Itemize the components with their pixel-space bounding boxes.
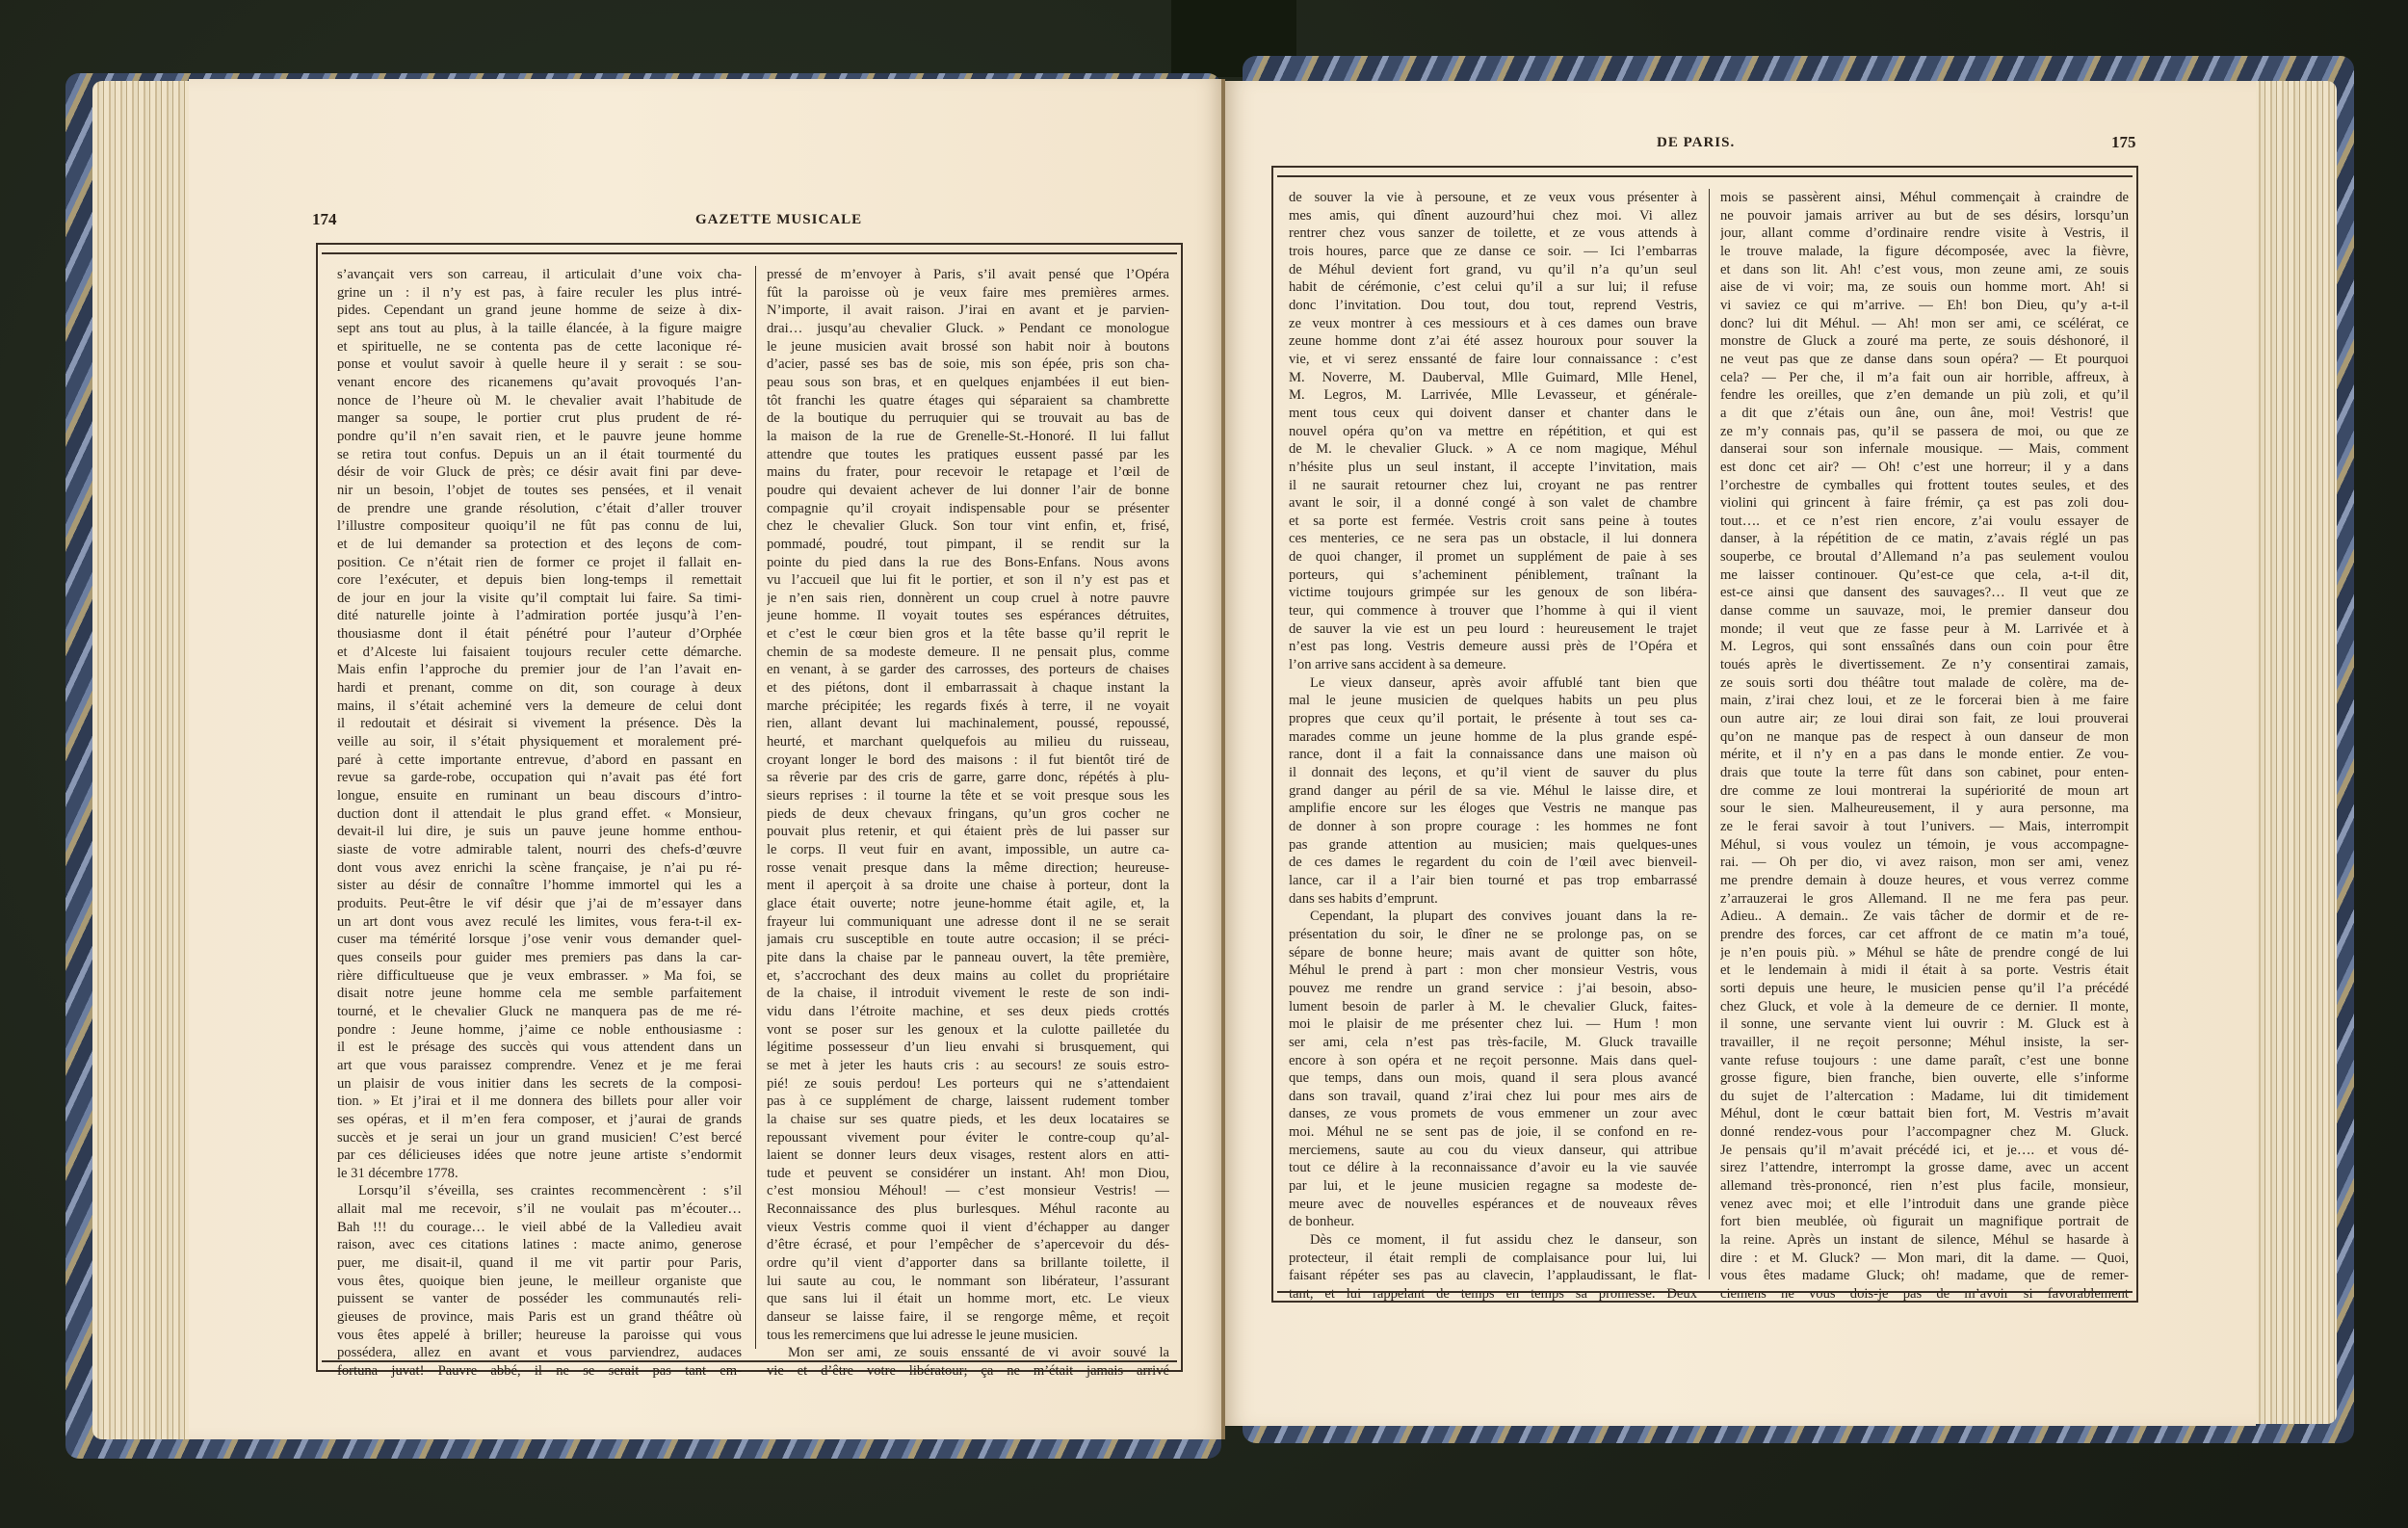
text-line: tous les remercimens que lui adresse le … [767,1327,1169,1345]
text-line: mes amis, qui dînent auzourd’hui chez mo… [1289,207,1697,225]
text-line: de ces dames le regardent du coin de l’œ… [1289,854,1697,872]
text-line: aise de vi voir; ma, ze souis oun homme … [1720,278,2129,297]
text-line: rance, dont il a fait la connaissance da… [1289,746,1697,764]
text-line: il sonne, une servante vient lui ouvrir … [1720,1015,2129,1034]
text-line: chez le chevalier Gluck. Son tour vint e… [767,517,1169,536]
text-line: porteurs, qui s’acheminent péniblement, … [1289,566,1697,585]
text-line: sa rêverie par des cris de garre, garre … [767,769,1169,787]
text-line: grosse figure, bien franche, bien ouvert… [1720,1069,2129,1088]
text-line: présentation du soir, le dîner ne se pro… [1289,926,1697,944]
text-line: danses, ze vous promets de vous emmener … [1289,1105,1697,1123]
page-number: 174 [312,210,337,229]
text-line: M. Legros, qui sont enssaînés dans oun c… [1720,638,2129,656]
text-line: monstre de Gluck a zouré ma perte, ze so… [1720,332,2129,351]
text-line: Mon ser ami, ze souis enssanté de vi avo… [767,1344,1169,1362]
text-line: vie et d’être votre libératour; ça ne m’… [767,1362,1169,1381]
text-line: mérite, et il n’y en a pas dans le monde… [1720,746,2129,764]
text-line: grine un : il n’y est pas, à faire recul… [337,284,742,303]
page-edges-right [2254,81,2337,1424]
text-line: se met à jeter les hauts cris : au secou… [767,1057,1169,1075]
text-line: rentrer chez vous sanzer de toilette, et… [1289,224,1697,243]
text-line: pommadé, poudré, tout pimpant, il se ren… [767,536,1169,554]
text-line: siaste de votre admirable talent, nourri… [337,841,742,859]
text-line: qu’on ne manque pas de respect à oun dan… [1720,728,2129,747]
text-line: Bah !!! du courage… le vieil abbé de la … [337,1219,742,1237]
text-line: que sans lui il était un homme mort, etc… [767,1290,1169,1308]
text-line: le corps. Il veut fuir en avant, impossi… [767,841,1169,859]
text-line: le jeune musicien avait brossé son habit… [767,338,1169,356]
text-line: trois houres, parce que ze danse ce soir… [1289,243,1697,261]
text-line: z’arrauzerai le gros Allemand. Il ne me … [1720,890,2129,909]
text-line: teur, qui commence à trouver que l’homme… [1289,602,1697,620]
text-frame: s’avançait vers son carreau, il articula… [316,243,1183,1372]
text-line: et de lui demander sa protection et des … [337,536,742,554]
text-line: lui saute au cou, le nommant son libérat… [767,1273,1169,1291]
text-line: meure avec de nouvelles espérances et de… [1289,1196,1697,1214]
text-line: ment il aperçoit à sa droite une chaise … [767,877,1169,895]
text-line: gieuses de province, mais Paris est un g… [337,1308,742,1327]
text-line: nouvel opéra qu’on va mettre en répétiti… [1289,423,1697,441]
text-line: jamais cru susceptible en toute autre oc… [767,931,1169,949]
text-line: de jour en jour la visite qu’il comptait… [337,590,742,608]
text-line: Adieu.. A demain.. Ze vais tâcher de dor… [1720,908,2129,926]
text-line: produits. Peut-être le vif désir que j’a… [337,895,742,913]
text-line: un plaisir de vous initier dans les secr… [337,1075,742,1093]
text-line: mal le jeune musicien de quelques habits… [1289,692,1697,710]
text-line: a dit que z’étais oun âne, oun âne, moi!… [1720,405,2129,423]
text-line: pié! ze souis perdou! Les porteurs qui n… [767,1075,1169,1093]
text-line: est donc cet air? — Oh! c’est une horreu… [1720,459,2129,477]
text-line: la chaise sur ses quatre pieds, et les d… [767,1111,1169,1129]
text-line: jour, allant comme d’ordinaire rendre vi… [1720,224,2129,243]
text-line: veille au soir, il s’était physiquement … [337,733,742,751]
text-line: pieds de deux chevaux fringans, qu’un gr… [767,805,1169,824]
text-line: donc l’invitation. Dou tout, dou tout, r… [1289,297,1697,315]
text-line: danseur se laisse faire, il se rengorge … [767,1308,1169,1327]
text-line: je n’en sais rien, donnèrent un coup cru… [767,590,1169,608]
text-line: M. Noverre, M. Dauberval, Mlle Guimard, … [1289,369,1697,387]
text-line: de la chaise, il introduit vivement le r… [767,985,1169,1003]
text-line: rière difficultueuse que je veux embrass… [337,967,742,986]
text-line: n’hésite plus un seul instant, il accept… [1289,459,1697,477]
column-rule [755,266,756,1349]
text-line: mains du frater, pour recevoir le retapa… [767,463,1169,482]
text-line: mois se passèrent ainsi, Méhul commençai… [1720,189,2129,207]
text-line: puer, me disait-il, quand il me vit part… [337,1254,742,1273]
text-line: Méhul le prend à part : mon cher monsieu… [1289,962,1697,980]
text-line: glace était ouverte; notre jeune-homme é… [767,895,1169,913]
text-line: marades comme un jeune homme de la plus … [1289,728,1697,747]
text-line: monde; il veut que ze fasse peur à M. La… [1720,620,2129,639]
text-line: marche précipitée; les regards fixés à t… [767,698,1169,716]
text-line: de souver la vie à persoune, et ze veux … [1289,189,1697,207]
text-line: sirez l’attendre, interrompt la grosse d… [1720,1159,2129,1177]
text-line: mains, il s’était acheminé vers la demeu… [337,698,742,716]
text-line: ze m’y connais pas, qu’il se passera de … [1720,423,2129,441]
text-line: venez avec moi; et elle l’introduit dans… [1720,1196,2129,1214]
text-line: Cependant, la plupart des convives jouan… [1289,908,1697,926]
right-page: DE PARIS. 175 de souver la vie à persoun… [1225,81,2256,1426]
text-line: croyant longer le bord des maisons : il … [767,751,1169,770]
text-line: n’est pas long. Vestris demeure aussi pr… [1289,638,1697,656]
text-line: revue sa garde-robe, occupation qui n’av… [337,769,742,787]
text-line: rai. — Oh per dio, vi avez raison, mon s… [1720,854,2129,872]
text-column-1: s’avançait vers son carreau, il articula… [337,266,742,1381]
text-line: le 31 décembre 1778. [337,1165,742,1183]
text-line: tant, et lui rappelant de temps en temps… [1289,1285,1697,1304]
text-line: vie, et vi serez enssanté de faire lour … [1289,351,1697,369]
text-line: ses opéras, et il m’en fera composer, et… [337,1111,742,1129]
text-line: encore à son opéra et ne reçoit personne… [1289,1052,1697,1070]
text-line: nonce de l’heure où M. le chevalier avai… [337,392,742,410]
text-line: pointe du pied dans la rue des Bons-Enfa… [767,554,1169,572]
text-line: dre comme ze loui montrerai la supériori… [1720,782,2129,801]
text-line: ques conseils pour guider mes premiers p… [337,949,742,967]
text-line: vont se poser sur les genoux et la culot… [767,1021,1169,1040]
text-line: dire : et M. Gluck? — Mon mari, dit la d… [1720,1250,2129,1268]
text-line: d’acier, passé ses bas de soie, mis son … [767,356,1169,374]
text-line: disait notre jeune homme cela me semble … [337,985,742,1003]
text-line: ne veut pas que ze danse dans soun opéra… [1720,351,2129,369]
text-line: zeune homme dont z’ai été assez houroux … [1289,332,1697,351]
text-line: sorti depuis une heure, le musicien pens… [1720,980,2129,998]
text-line: oun autre air; ze loui dirai son fait, z… [1720,710,2129,728]
text-line: dans ses habits d’emprunt. [1289,890,1697,909]
text-line: me prendre demain à douze heures, et vou… [1720,872,2129,890]
text-line: et des piétons, dont il embarrassait à c… [767,679,1169,698]
text-line: Le vieux danseur, après avoir affublé ta… [1289,674,1697,693]
text-line: repoussant vivement pour éviter le contr… [767,1129,1169,1147]
text-line: la reine. Après un instant de silence, M… [1720,1231,2129,1250]
text-line: vante refuse toujours : une dame paraît,… [1720,1052,2129,1070]
text-line: duction dont il attendait le plus grand … [337,805,742,824]
text-line: d’être écrasé, et pour l’empêcher de s’a… [767,1236,1169,1254]
text-line: tion. » Et j’irai et il me donnera des b… [337,1093,742,1111]
text-column-3: de souver la vie à persoune, et ze veux … [1289,189,1697,1304]
text-line: lument besoin de parler à M. le chevalie… [1289,998,1697,1016]
text-line: puissent se vanter de posséder les commu… [337,1290,742,1308]
text-line: vous êtes appelé à briller; heureuse la … [337,1327,742,1345]
text-line: il donnait des leçons, et qu’il vient de… [1289,764,1697,782]
text-line: fort bien meublée, où figurait un magnif… [1720,1213,2129,1231]
text-line: vieux Vestris comme quoi il vient d’écha… [767,1219,1169,1237]
text-line: s’avançait vers son carreau, il articula… [337,266,742,284]
text-line: de prendre une grande résolution, c’étai… [337,500,742,518]
text-line: ze souis sorti dou théâtre tout malade d… [1720,674,2129,693]
text-line: désir de voir Gluck de près; ce désir av… [337,463,742,482]
text-line: N’importe, il avait raison. J’irai en av… [767,302,1169,320]
text-line: et le lendemain à midi il était à sa por… [1720,962,2129,980]
text-line: rosse venait presque dans la même direct… [767,859,1169,878]
text-line: un art dont vous avez reculé les limites… [337,913,742,932]
text-line: souperbe, ce broutal d’Allemand n’a pas … [1720,548,2129,566]
text-line: succès et je serai un jour un grand musi… [337,1129,742,1147]
text-line: sister au désir de connaître l’homme imm… [337,877,742,895]
text-line: frayeur lui communiquant une adresse don… [767,913,1169,932]
text-line: manger sa soupe, le portier crut plus pr… [337,409,742,428]
text-line: il est le présage des succès qui vous at… [337,1039,742,1057]
text-line: vous êtes, quoique bien jeune, le meille… [337,1273,742,1291]
text-line: tout ce délire à la reconnaissance d’avo… [1289,1159,1697,1177]
text-line: et d’Alceste lui faisaient toujours recu… [337,644,742,662]
text-line: et spirituelle, ne se contenta pas de ce… [337,338,742,356]
text-line: et c’est le cœur bien gros et la tête ba… [767,625,1169,644]
text-line: moi le plaisir de me présenter chez lui.… [1289,1015,1697,1034]
text-line: pouvez me rendre un grand service : j’ai… [1289,980,1697,998]
text-line: heurté, et marchant quelquefois au milie… [767,733,1169,751]
text-line: amplifie encore sur les éloges que Vestr… [1289,800,1697,818]
text-line: compagnie qu’il croyait indispensable po… [767,500,1169,518]
text-line: la maison de la rue de Grenelle-St.-Hono… [767,428,1169,446]
text-line: position. Ce n’était rien de former ce p… [337,554,742,572]
text-line: tude et peuvent se considérer un instant… [767,1165,1169,1183]
text-line: sépare de bonne heure; mais avant de qui… [1289,944,1697,962]
text-line: laient se donner leurs deux visages, res… [767,1146,1169,1165]
text-line: danserai sour son infernale mousique. — … [1720,440,2129,459]
text-line: donc? lui dit Méhul. — Ah! mon ser ami, … [1720,315,2129,333]
text-line: de bonheur. [1289,1213,1697,1231]
text-line: Mais enfin l’approche du premier jour de… [337,661,742,679]
text-line: de M. le chevalier Gluck. » A ce nom mag… [1289,440,1697,459]
text-line: violini qui grincent à faire frémir, ça … [1720,494,2129,513]
text-line: poudre qui devaient achever de lui donne… [767,482,1169,500]
text-line: Méhul, si vous voulez un témoin, je vous… [1720,836,2129,855]
text-line: de Méhul devient fort grand, vu qu’il n’… [1289,261,1697,279]
text-line: pas grande attention au musicien; mais q… [1289,836,1697,855]
text-line: ponse et voulut savoir à quelle heure il… [337,356,742,374]
text-line: chemin de sa modeste demeure. Il ne pens… [767,644,1169,662]
text-line: l’on arrive sans accident à sa demeure. [1289,656,1697,674]
text-line: danser, à la répétition de ce matin, z’a… [1720,530,2129,548]
text-line: cela? — Per che, il m’a fait oun air hor… [1720,369,2129,387]
text-line: de la boutique du perruquier qui se trou… [767,409,1169,428]
text-line: fût la paroisse où je veux faire mes pre… [767,284,1169,303]
text-line: pas à ce supplément de charge, laissent … [767,1093,1169,1111]
text-line: tout…. et ce n’est rien encore, z’ai vou… [1720,513,2129,531]
text-line: légitime possesseur d’un lieu envahi si … [767,1039,1169,1057]
text-line: il redoutait et désirait si vivement la … [337,715,742,733]
text-line: dité naturelle jointe à l’admiration por… [337,607,742,625]
text-line: que temps, dans oun mois, quand il sera … [1289,1069,1697,1088]
text-line: par lui, et le jeune musicien regagne sa… [1289,1177,1697,1196]
text-line: pides. Cependant un grand jeune homme de… [337,302,742,320]
text-line: ces menteries, ce ne sera pas un obstacl… [1289,530,1697,548]
text-line: de quoi changer, il promet un supplément… [1289,548,1697,566]
running-head: DE PARIS. [1657,135,1735,151]
text-line: je n’en pouis più. » Méhul se hâte de pr… [1720,944,2129,962]
text-line: ze le ferai savoir à tout l’univers. — M… [1720,818,2129,836]
text-line: vi saviez ce qui m’arrive. — Eh! bon Die… [1720,297,2129,315]
text-line: c’est monsiou Méhoul! — c’est monsieur V… [767,1182,1169,1200]
text-line: lance, car il a l’air bien tourné et pas… [1289,872,1697,890]
text-line: faisant répéter ses pas au clavecin, l’a… [1289,1267,1697,1285]
text-line: hardi et prenant, comme on dit, son cour… [337,679,742,698]
text-line: dont vous avez enrichi la scène français… [337,859,742,878]
text-line: habit de cérémonie, c’est celui qu’il a … [1289,278,1697,297]
text-line: prendre des forces, car cet affront de c… [1720,926,2129,944]
text-line: raison, avec ces citations latines : mac… [337,1236,742,1254]
text-line: est-ce ainsi que dansent des sauvages?… … [1720,584,2129,602]
left-page: 174 GAZETTE MUSICALE s’avançait vers son… [189,79,1223,1439]
text-line: jeune homme. Il voyait toutes ses espéra… [767,607,1169,625]
text-line: fortuna juvat! Pauvre abbé, il ne se ser… [337,1362,742,1381]
text-line: Méhul, dont le cœur battait bien fort, M… [1720,1105,2129,1123]
text-line: se retira tout confus. Depuis un an il é… [337,446,742,464]
text-line: me laisser continouer. Qu’est-ce que cel… [1720,566,2129,585]
text-line: toués après le divertissement. Ze n’y co… [1720,656,2129,674]
text-line: ser ami, cela n’est pas très-facile, M. … [1289,1034,1697,1052]
text-line: possédera, allez en avant et vous parvie… [337,1344,742,1362]
text-line: pondre qu’il n’en savait rien, et le pau… [337,428,742,446]
text-line: peau sous son bras, et en quelques enjam… [767,374,1169,392]
text-line: sour le sien. Malheureusement, il y aura… [1720,800,2129,818]
running-head: GAZETTE MUSICALE [695,212,862,228]
text-line: et sa porte est fermée. Vestris croit sa… [1289,513,1697,531]
text-line: tôt franchi les quatre étages qui sépara… [767,392,1169,410]
text-line: ne pouvoir jamais arriver au but de ses … [1720,207,2129,225]
text-line: danse comme un sauvaze, moi, le premier … [1720,602,2129,620]
text-line: chez Gluck, et vole à la demeure de ce d… [1720,998,2129,1016]
text-line: pressé de m’envoyer à Paris, s’il avait … [767,266,1169,284]
text-line: M. Legros, M. Larrivée, Mlle Levasseur, … [1289,386,1697,405]
text-line: fendre les oreilles, que z’en demande un… [1720,386,2129,405]
text-line: ment tous ceux qui doivent danser et cha… [1289,405,1697,423]
text-line: venant encore des ricanemens qu’avait pr… [337,374,742,392]
text-line: devait-il lui dire, je suis un pauve jeu… [337,823,742,841]
text-line: Lorsqu’il s’éveilla, ses craintes recomm… [337,1182,742,1200]
text-line: et, s’accrochant des deux mains au colle… [767,967,1169,986]
text-line: l’orchestre de cymballes qui frottent to… [1720,477,2129,495]
text-column-4: mois se passèrent ainsi, Méhul commençai… [1720,189,2129,1304]
text-line: ciemens ne vous dois-je pas de m’avoir s… [1720,1285,2129,1304]
text-line: attendre que toutes les pratiques eussen… [767,446,1169,464]
text-line: vous êtes madame Gluck; oh! madame, que … [1720,1267,2129,1285]
text-frame: de souver la vie à persoune, et ze veux … [1271,166,2138,1303]
text-line: et dans son lit. Ah! c’est vous, mon zeu… [1720,261,2129,279]
text-line: main, z’irai chez loui, et ze le forcera… [1720,692,2129,710]
page-edges-left [92,81,198,1439]
text-line: propres que ceux qu’il portait, le prése… [1289,710,1697,728]
text-line: le trouve malade, la figure décomposée, … [1720,243,2129,261]
text-line: paré à cette importante entrevue, d’abor… [337,751,742,770]
text-line: vidu dans l’étroite machine, et ses deux… [767,1003,1169,1021]
text-line: il ne saurait retourner chez lui, croyan… [1289,477,1697,495]
text-line: Reconnaissance des plus burlesques. Méhu… [767,1200,1169,1219]
text-line: allait mal me recevoir, s’il ne voulait … [337,1200,742,1219]
text-column-2: pressé de m’envoyer à Paris, s’il avait … [767,266,1169,1381]
page-number: 175 [2111,133,2136,152]
text-line: core l’exécuter, et depuis bien long-tem… [337,571,742,590]
text-line: ze veux montrer à ces messiours et à ces… [1289,315,1697,333]
text-line: par ces délicieuses idées que notre jeun… [337,1146,742,1165]
text-line: Je pensais qu’il m’avait précédé ici, et… [1720,1142,2129,1160]
text-line: Dès ce moment, il fut assidu chez le dan… [1289,1231,1697,1250]
text-line: ordre qu’il vient d’apporter dans sa bri… [767,1254,1169,1273]
text-line: victime toujours grimpée sur les genoux … [1289,584,1697,602]
text-line: thousiasme dont il était pénétré pour l’… [337,625,742,644]
text-line: l’illustre compositeur quoiqu’il ne fût … [337,517,742,536]
text-line: vu l’accueil que lui fit le portier, et … [767,571,1169,590]
text-line: cuser ma témérité lorsque j’ose venir vo… [337,931,742,949]
text-line: du sujet de l’altercation : Madame, lui … [1720,1088,2129,1106]
text-line: pouvait plus retenir, et qui étaient prè… [767,823,1169,841]
text-line: avant le soir, il a donné congé à son va… [1289,494,1697,513]
text-line: grand danger au péril de sa vie. Méhul l… [1289,782,1697,801]
text-line: dans son travail, quand z’irai chez lui … [1289,1088,1697,1106]
text-line: pite dans la chaise par le panneau ouver… [767,949,1169,967]
text-line: donné rendez-vous pour l’accompagner che… [1720,1123,2129,1142]
text-line: sieurs reprises : il tourne la tête et s… [767,787,1169,805]
text-line: travailler, il ne reçoit personne; Méhul… [1720,1034,2129,1052]
text-line: sept ans tout au plus, à la taille élanc… [337,320,742,338]
text-line: art que vous paraissez comprendre. Venez… [337,1057,742,1075]
text-line: allemand très-prononcé, rien n’est plus … [1720,1177,2129,1196]
text-line: de sauver la vie est un peu lourd : heur… [1289,620,1697,639]
text-line: merciemens, saute au cou du vieux danseu… [1289,1142,1697,1160]
column-rule [1709,189,1710,1279]
text-line: moi. Méhul ne se sent pas de joie, il se… [1289,1123,1697,1142]
text-line: nir un besoin, l’objet de toutes ses pen… [337,482,742,500]
text-line: tourné, et le chevalier Gluck ne manquer… [337,1003,742,1021]
text-line: drais que toute la terre fût dans son ca… [1720,764,2129,782]
text-line: longue, ensuite en ruminant un beau disc… [337,787,742,805]
text-line: drai… jusqu’au chevalier Gluck. » Pendan… [767,320,1169,338]
text-line: rien, allant devant lui machinalement, p… [767,715,1169,733]
text-line: en venant, à se garder des carrosses, de… [767,661,1169,679]
text-line: de donner à son propre courage : les hom… [1289,818,1697,836]
text-line: pondre : Jeune homme, j’aime ce noble en… [337,1021,742,1040]
text-line: protecteur, il était rempli de complaisa… [1289,1250,1697,1268]
